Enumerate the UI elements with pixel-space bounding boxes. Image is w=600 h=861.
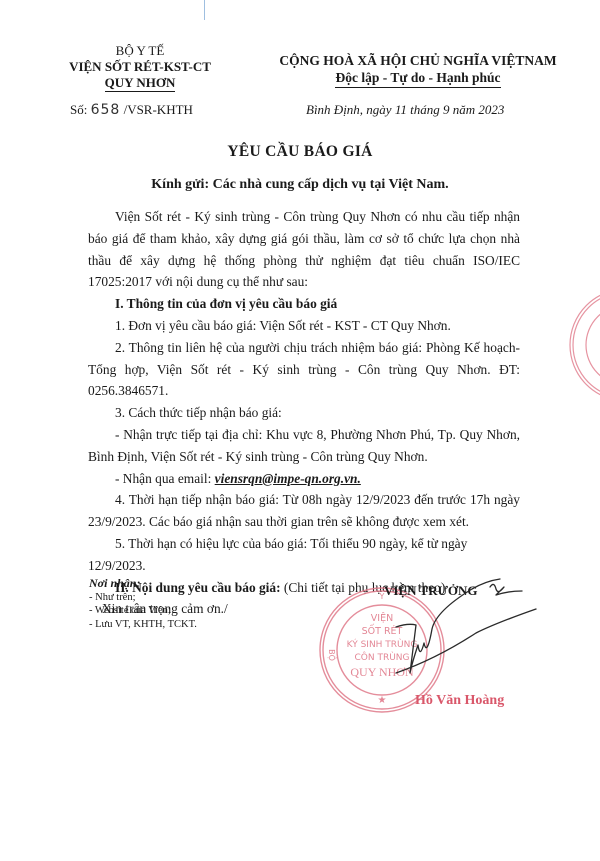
stamp-side-mark: BỘ <box>327 649 338 661</box>
email-label: - Nhận qua email: <box>115 471 215 486</box>
issuer-header: BỘ Y TẾ VIỆN SỐT RÉT-KST-CT QUY NHƠN <box>40 43 240 92</box>
intro-paragraph: Viện Sốt rét - Ký sinh trùng - Côn trùng… <box>88 206 520 293</box>
nation-name: CỘNG HOÀ XÃ HỘI CHỦ NGHĨA VIỆTNAM <box>268 52 568 69</box>
number-prefix: Số: <box>70 102 87 117</box>
item-1: 1. Đơn vị yêu cầu báo giá: Viện Sốt rét … <box>88 315 520 337</box>
item-5: 5. Thời hạn có hiệu lực của báo giá: Tối… <box>88 533 520 577</box>
ministry-name: BỘ Y TẾ <box>40 43 240 59</box>
number-handwritten: 658 <box>91 102 121 118</box>
handwritten-signature <box>390 575 540 685</box>
recipients-block: Nơi nhận: - Như trên; - Website của Viện… <box>89 577 197 631</box>
recipients-heading: Nơi nhận: <box>89 577 197 591</box>
institute-name-line1: VIỆN SỐT RÉT-KST-CT <box>40 59 240 75</box>
recipient-item: - Website của Viện; <box>89 604 197 618</box>
signatory-name: Hồ Văn Hoàng <box>415 693 504 709</box>
document-title: YÊU CẦU BÁO GIÁ <box>0 143 600 161</box>
item-3a: - Nhận trực tiếp tại địa chỉ: Khu vực 8,… <box>88 424 520 468</box>
document-number: Số: 658 /VSR-KHTH <box>70 102 193 118</box>
number-suffix: /VSR-KHTH <box>124 102 193 117</box>
item-4: 4. Thời hạn tiếp nhận báo giá: Từ 08h ng… <box>88 489 520 533</box>
email-link[interactable]: viensrqn@impe-qn.org.vn. <box>215 471 361 486</box>
item-3b: - Nhận qua email: viensrqn@impe-qn.org.v… <box>88 468 520 490</box>
stamp-star: ★ <box>378 695 387 706</box>
institute-name-line2: QUY NHƠN <box>105 75 176 92</box>
section1-heading: I. Thông tin của đơn vị yêu cầu báo giá <box>88 293 520 315</box>
scan-fold-mark <box>204 0 205 20</box>
recipient-item: - Lưu VT, KHTH, TCKT. <box>89 618 197 632</box>
national-header: CỘNG HOÀ XÃ HỘI CHỦ NGHĨA VIỆTNAM Độc lậ… <box>268 52 568 88</box>
partial-stamp-edge <box>566 285 600 405</box>
recipient-item: - Như trên; <box>89 591 197 605</box>
addressee: Kính gửi: Các nhà cung cấp dịch vụ tại V… <box>0 177 600 193</box>
place-date: Bình Định, ngày 11 tháng 9 năm 2023 <box>306 102 504 118</box>
document-body: Viện Sốt rét - Ký sinh trùng - Côn trùng… <box>88 206 520 620</box>
item-3: 3. Cách thức tiếp nhận báo giá: <box>88 402 520 424</box>
item-2: 2. Thông tin liên hệ của người chịu trác… <box>88 337 520 402</box>
national-motto: Độc lập - Tự do - Hạnh phúc <box>335 69 500 88</box>
